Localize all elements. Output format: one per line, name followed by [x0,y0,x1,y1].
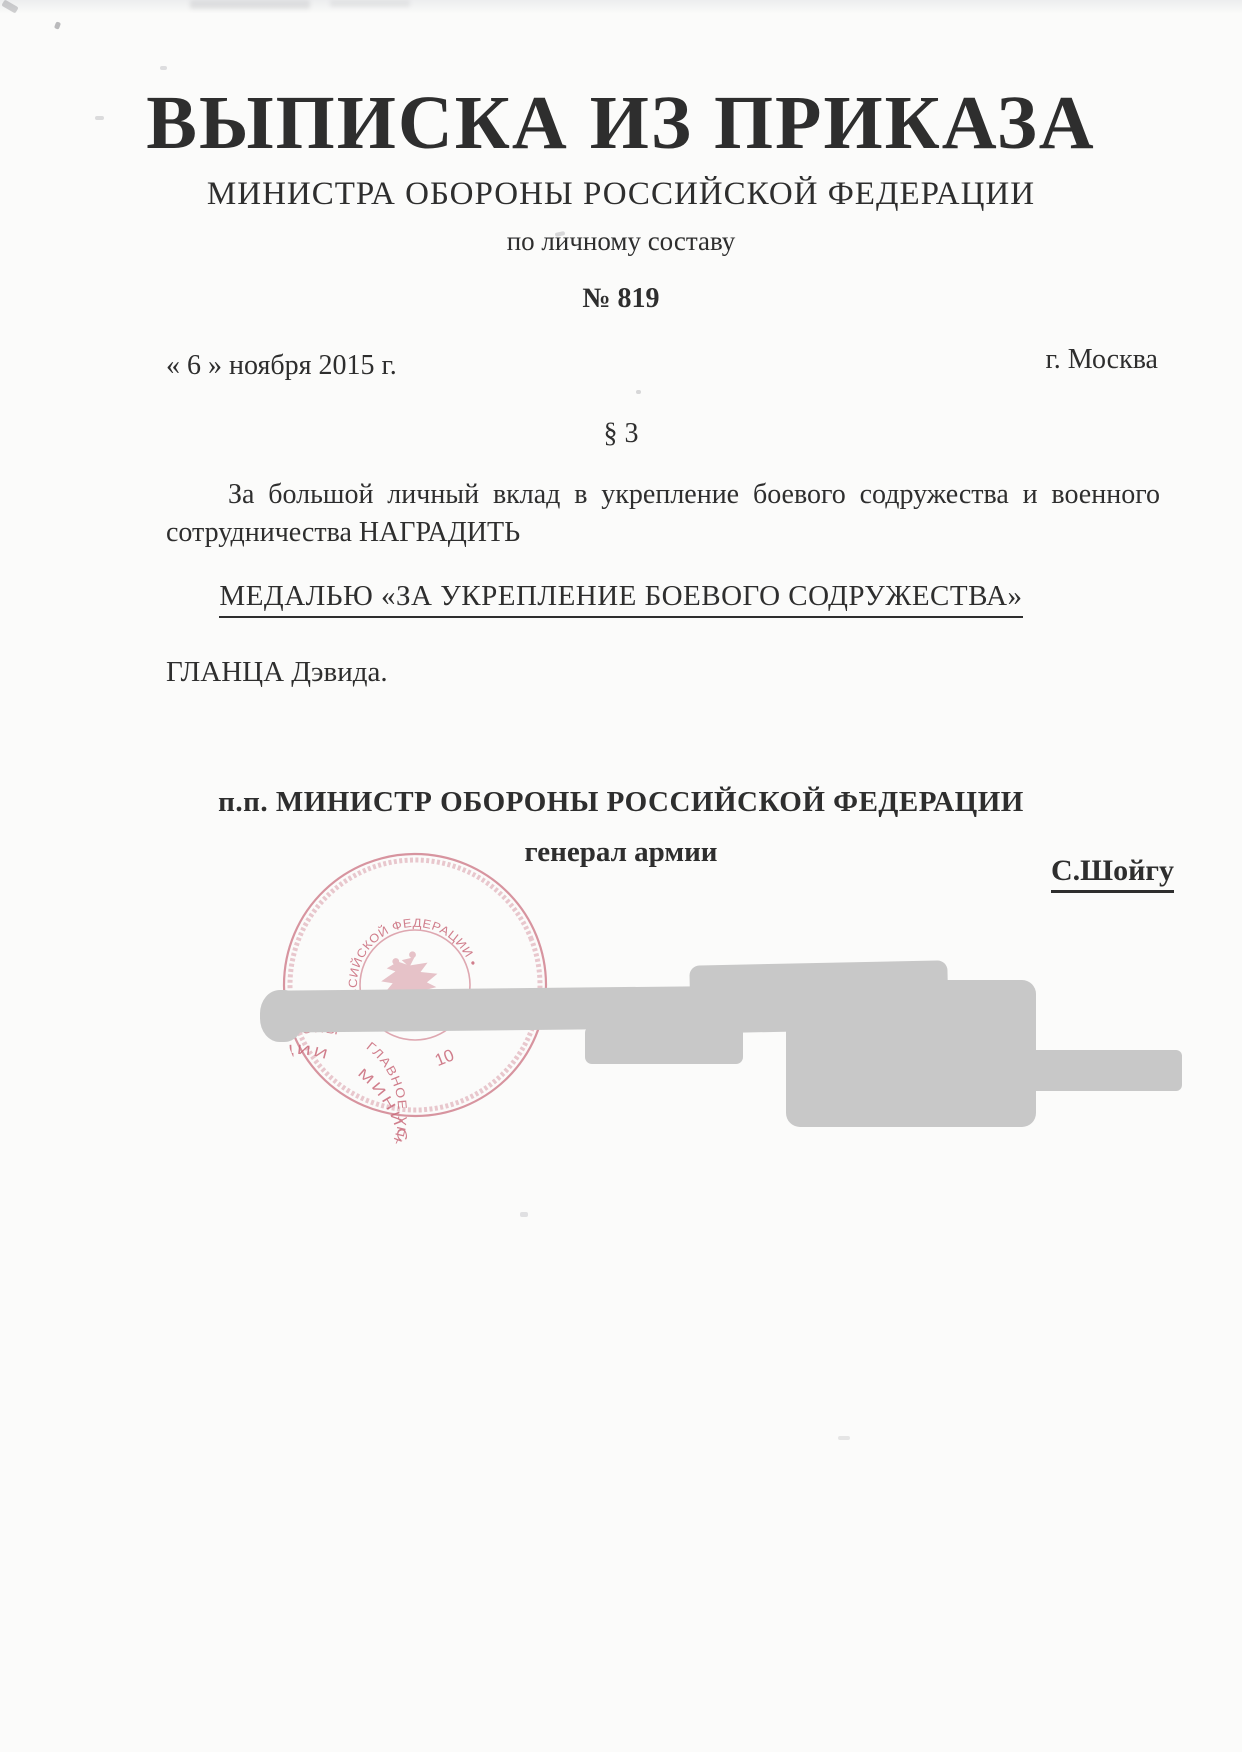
scan-smudge [190,0,310,9]
signature-name-text: С.Шойгу [1051,854,1174,893]
scan-speck [54,21,61,29]
stamp-number: 10 [432,1045,457,1070]
scan-speck [160,66,167,70]
signature-name: С.Шойгу [1051,854,1174,893]
scan-smudge [330,0,410,7]
body-paragraph: За большой личный вклад в укрепление бое… [166,476,1160,552]
document-subtitle: МИНИСТРА ОБОРОНЫ РОССИЙСКОЙ ФЕДЕРАЦИИ [124,176,1118,213]
signature-title: п.п. МИНИСТР ОБОРОНЫ РОССИЙСКОЙ ФЕДЕРАЦИ… [124,786,1118,819]
scan-speck [636,390,641,394]
redaction-block [1030,1050,1182,1091]
signature-rank: генерал армии [124,836,1118,869]
order-number: № 819 [124,283,1118,315]
medal-line: МЕДАЛЬЮ «ЗА УКРЕПЛЕНИЕ БОЕВОГО СОДРУЖЕСТ… [124,580,1118,618]
order-city: г. Москва [1045,344,1158,376]
scan-speck [838,1436,850,1440]
scanned-order-extract-page: ВЫПИСКА ИЗ ПРИКАЗА МИНИСТРА ОБОРОНЫ РОСС… [0,0,1242,1752]
order-date: « 6 » ноября 2015 г. [166,350,397,382]
medal-line-text: МЕДАЛЬЮ «ЗА УКРЕПЛЕНИЕ БОЕВОГО СОДРУЖЕСТ… [219,580,1022,618]
awardee-name: ГЛАНЦА Дэвида. [166,656,388,689]
scan-speck [1,0,18,14]
scan-speck [95,116,104,120]
redaction-block [585,1026,743,1064]
document-title: ВЫПИСКА ИЗ ПРИКАЗА [124,84,1118,164]
scan-speck [520,1212,528,1217]
redaction-block [786,980,1036,1127]
section-mark: § 3 [124,418,1118,450]
document-subtitle-personnel: по личному составу [124,226,1118,257]
